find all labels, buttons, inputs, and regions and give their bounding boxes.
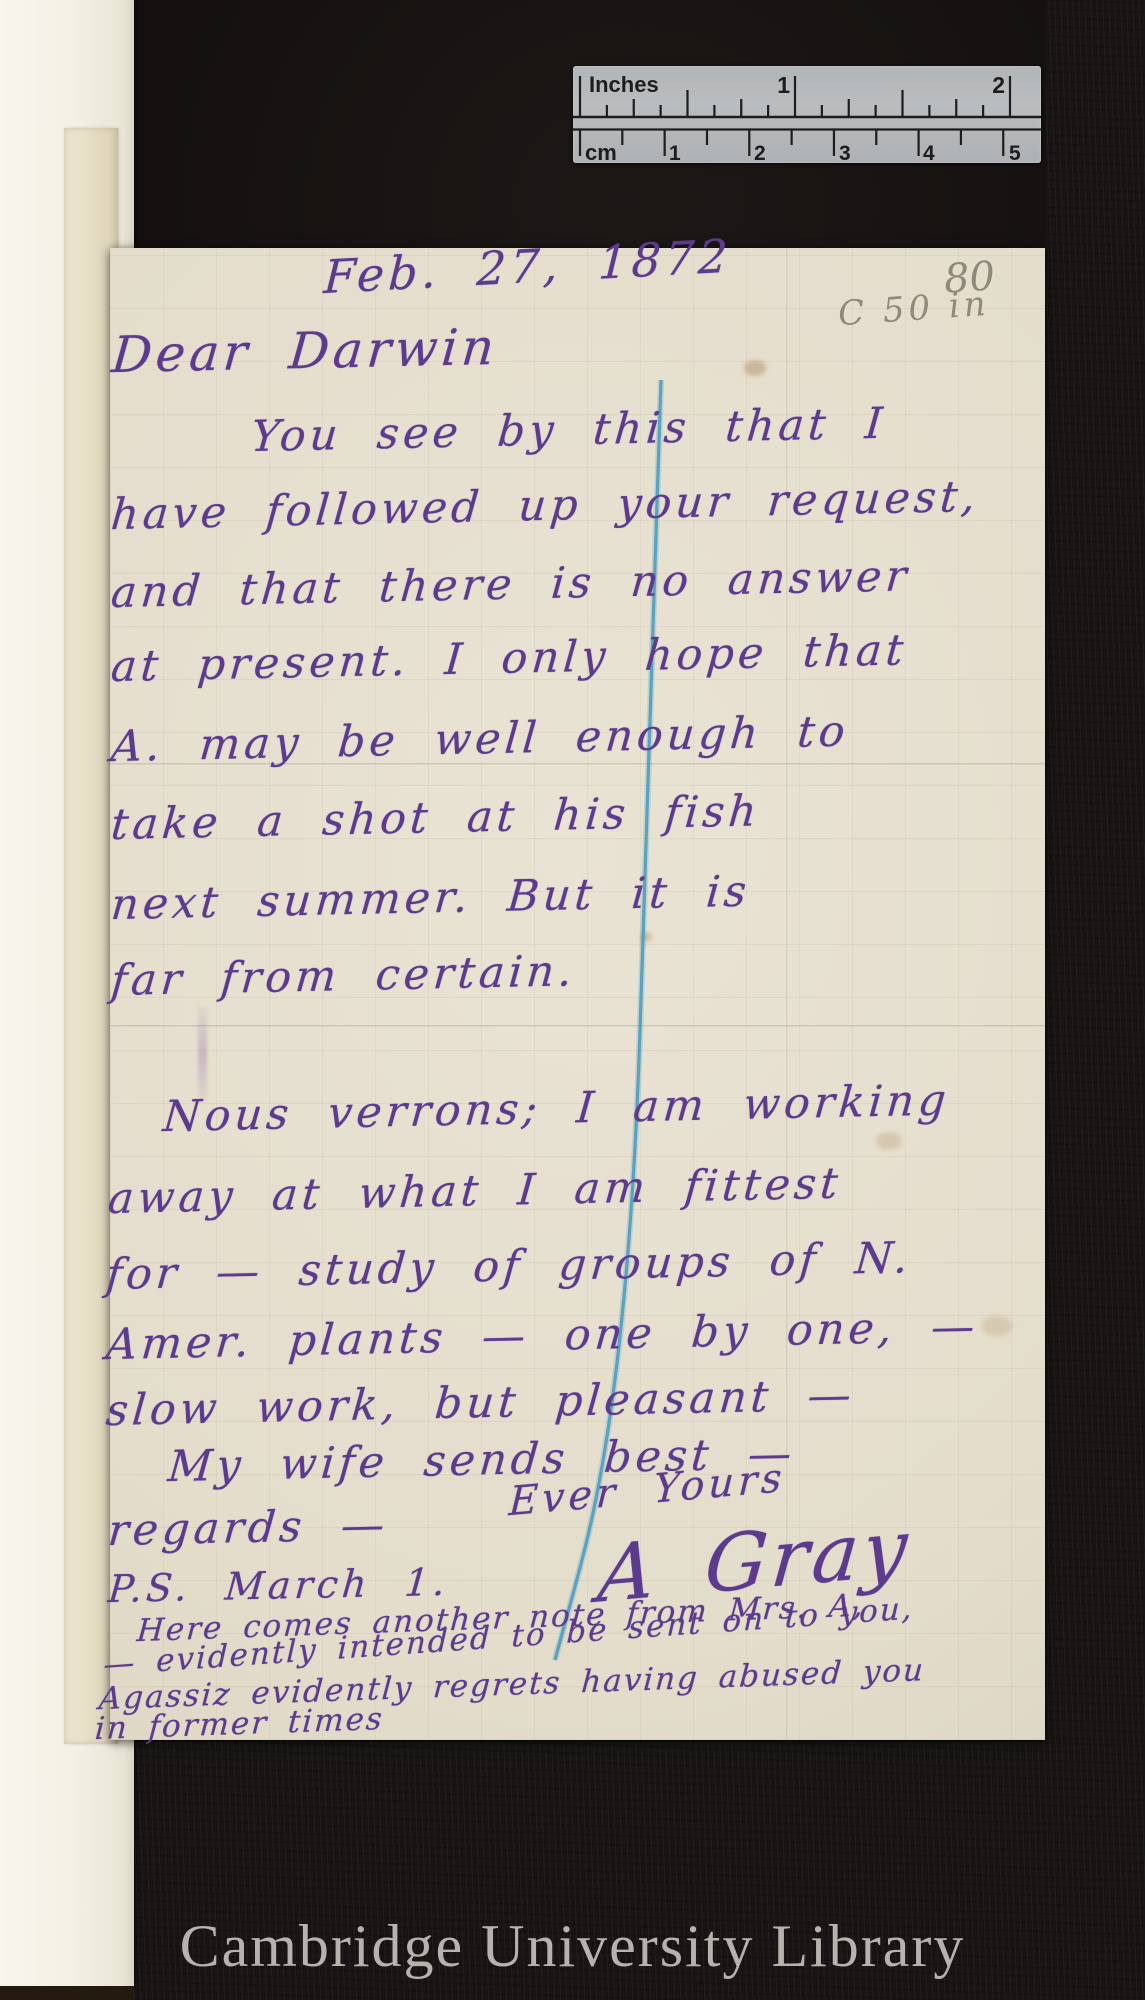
ruler-graphic: Inches 1 2 cm 1 2 3 4 5 xyxy=(573,66,1041,163)
letter-line: and that there is no answer xyxy=(109,555,912,615)
foxing-stain xyxy=(640,932,652,942)
album-page-shadow xyxy=(0,1986,134,2000)
ruler-cm-4: 4 xyxy=(923,142,935,163)
ruler-cm-5: 5 xyxy=(1009,142,1021,163)
salutation: Dear Darwin xyxy=(110,322,500,380)
letter-line: Amer. plants — one by one, — xyxy=(104,1306,980,1367)
letter-line: next summer. But it is xyxy=(109,871,752,927)
foxing-stain xyxy=(982,1316,1012,1336)
letter-line: away at what I am fittest xyxy=(106,1163,843,1221)
ruler-cm-2: 2 xyxy=(754,142,766,163)
foxing-stain xyxy=(744,360,766,376)
ribbed-cloth-right xyxy=(1046,0,1145,2000)
letter-line: have followed up your request, xyxy=(109,476,980,537)
letter-line: for — study of groups of N. xyxy=(104,1237,913,1297)
letter-line: A. may be well enough to xyxy=(109,711,850,770)
ink-smudge xyxy=(198,1006,207,1102)
scale-ruler: Inches 1 2 cm 1 2 3 4 5 xyxy=(573,66,1041,163)
manuscript-photo: Inches 1 2 cm 1 2 3 4 5 C 50 in 80 Feb. … xyxy=(0,0,1145,2000)
letter-line: You see by this that I xyxy=(249,403,888,459)
ruler-inch-2: 2 xyxy=(992,72,1005,98)
ruler-cm-label: cm xyxy=(585,140,617,163)
ruler-inch-1: 1 xyxy=(777,72,790,98)
letter-line: far from certain. xyxy=(109,950,577,1003)
ruler-cm-3: 3 xyxy=(839,142,851,163)
letter-line: Nous verrons; I am working xyxy=(161,1080,951,1140)
ruler-cm-1: 1 xyxy=(669,142,681,163)
fold-crease-horizontal-2 xyxy=(110,1025,1045,1028)
ruler-inches-label: Inches xyxy=(589,72,659,97)
letter-line: slow work, but pleasant — xyxy=(104,1374,856,1433)
postscript-heading: P.S. March 1. xyxy=(107,1563,451,1608)
postscript-line: in former times xyxy=(94,1704,385,1745)
foxing-stain xyxy=(876,1132,902,1150)
pencil-folio-number: 80 xyxy=(943,256,997,299)
letter-sheet: C 50 in 80 Feb. 27, 1872 Dear Darwin You… xyxy=(110,248,1045,1740)
letter-line: regards — xyxy=(106,1504,390,1553)
letter-line: take a shot at his fish xyxy=(109,790,762,847)
library-watermark: Cambridge University Library xyxy=(0,1916,1145,1976)
